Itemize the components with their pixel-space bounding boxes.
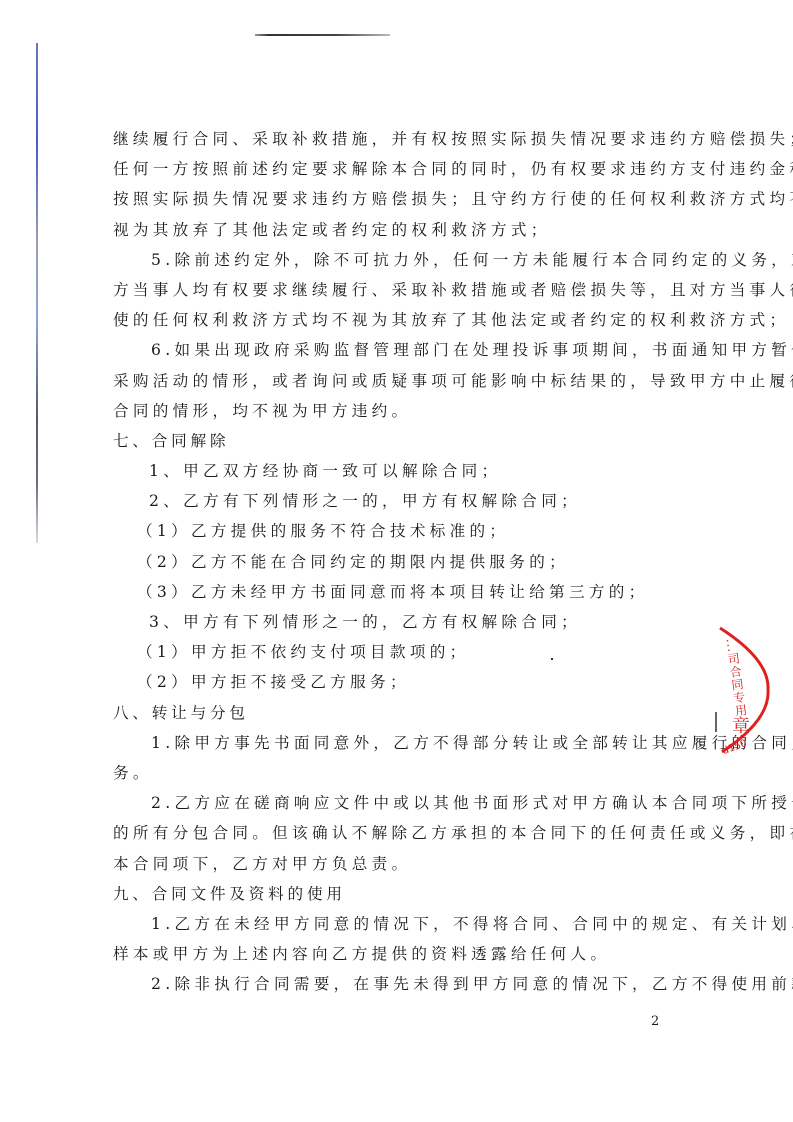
binding-margin-line [36, 43, 38, 543]
page-number: 2 [651, 1014, 659, 1029]
paragraph-line: 按照实际损失情况要求违约方赔偿损失；且守约方行使的任何权利救济方式均不 [113, 184, 658, 214]
sub-list-item: （2）乙方不能在合同约定的期限内提供服务的； [113, 547, 658, 577]
scan-artifact-dot [551, 658, 553, 660]
clause-6: 6.如果出现政府采购监督管理部门在处理投诉事项期间，书面通知甲方暂停 [113, 335, 658, 365]
paragraph-line: 务。 [113, 758, 658, 788]
paragraph-line: 采购活动的情形，或者询问或质疑事项可能影响中标结果的，导致甲方中止履行 [113, 366, 658, 396]
paragraph-line: 本合同项下，乙方对甲方负总责。 [113, 849, 658, 879]
list-item: 2、乙方有下列情形之一的，甲方有权解除合同； [113, 486, 658, 516]
section-heading-7: 七、合同解除 [113, 426, 658, 456]
paragraph-line: 方当事人均有权要求继续履行、采取补救措施或者赔偿损失等，且对方当事人行 [113, 275, 658, 305]
list-item: 3、甲方有下列情形之一的，乙方有权解除合同； [113, 607, 658, 637]
paragraph-line: 视为其放弃了其他法定或者约定的权利救济方式； [113, 215, 658, 245]
document-body: 继续履行合同、采取补救措施，并有权按照实际损失情况要求违约方赔偿损失； 任何一方… [113, 124, 658, 999]
clause-8-1: 1.除甲方事先书面同意外，乙方不得部分转让或全部转让其应履行的合同义 [113, 728, 658, 758]
sub-list-item: （1）甲方拒不依约支付项目款项的； [113, 637, 658, 667]
partial-seal-stamp: ...司合同专用 章 d150 [712, 620, 772, 760]
paragraph-line: 的所有分包合同。但该确认不解除乙方承担的本合同下的任何责任或义务，即在 [113, 818, 658, 848]
clause-9-2: 2.除非执行合同需要，在事先未得到甲方同意的情况下，乙方不得使用前款 [113, 969, 658, 999]
paragraph-line: 任何一方按照前述约定要求解除本合同的同时，仍有权要求违约方支付违约金和 [113, 154, 658, 184]
clause-9-1: 1.乙方在未经甲方同意的情况下，不得将合同、合同中的规定、有关计划、 [113, 909, 658, 939]
top-rule [255, 34, 390, 36]
sub-list-item: （2）甲方拒不接受乙方服务； [113, 667, 658, 697]
clause-8-2: 2.乙方应在磋商响应文件中或以其他书面形式对甲方确认本合同项下所授予 [113, 788, 658, 818]
section-heading-9: 九、合同文件及资料的使用 [113, 879, 658, 909]
section-heading-8: 八、转让与分包 [113, 698, 658, 728]
list-item: 1、甲乙双方经协商一致可以解除合同； [113, 456, 658, 486]
sub-list-item: （3）乙方未经甲方书面同意而将本项目转让给第三方的； [113, 577, 658, 607]
seal-char: 章 [732, 712, 750, 738]
paragraph-line: 继续履行合同、采取补救措施，并有权按照实际损失情况要求违约方赔偿损失； [113, 124, 658, 154]
sub-list-item: （1）乙方提供的服务不符合技术标准的； [113, 516, 658, 546]
paragraph-line: 样本或甲方为上述内容向乙方提供的资料透露给任何人。 [113, 939, 658, 969]
paragraph-line: 合同的情形，均不视为甲方违约。 [113, 396, 658, 426]
clause-5: 5.除前述约定外，除不可抗力外，任何一方未能履行本合同约定的义务，对 [113, 245, 658, 275]
paragraph-line: 使的任何权利救济方式均不视为其放弃了其他法定或者约定的权利救济方式； [113, 305, 658, 335]
